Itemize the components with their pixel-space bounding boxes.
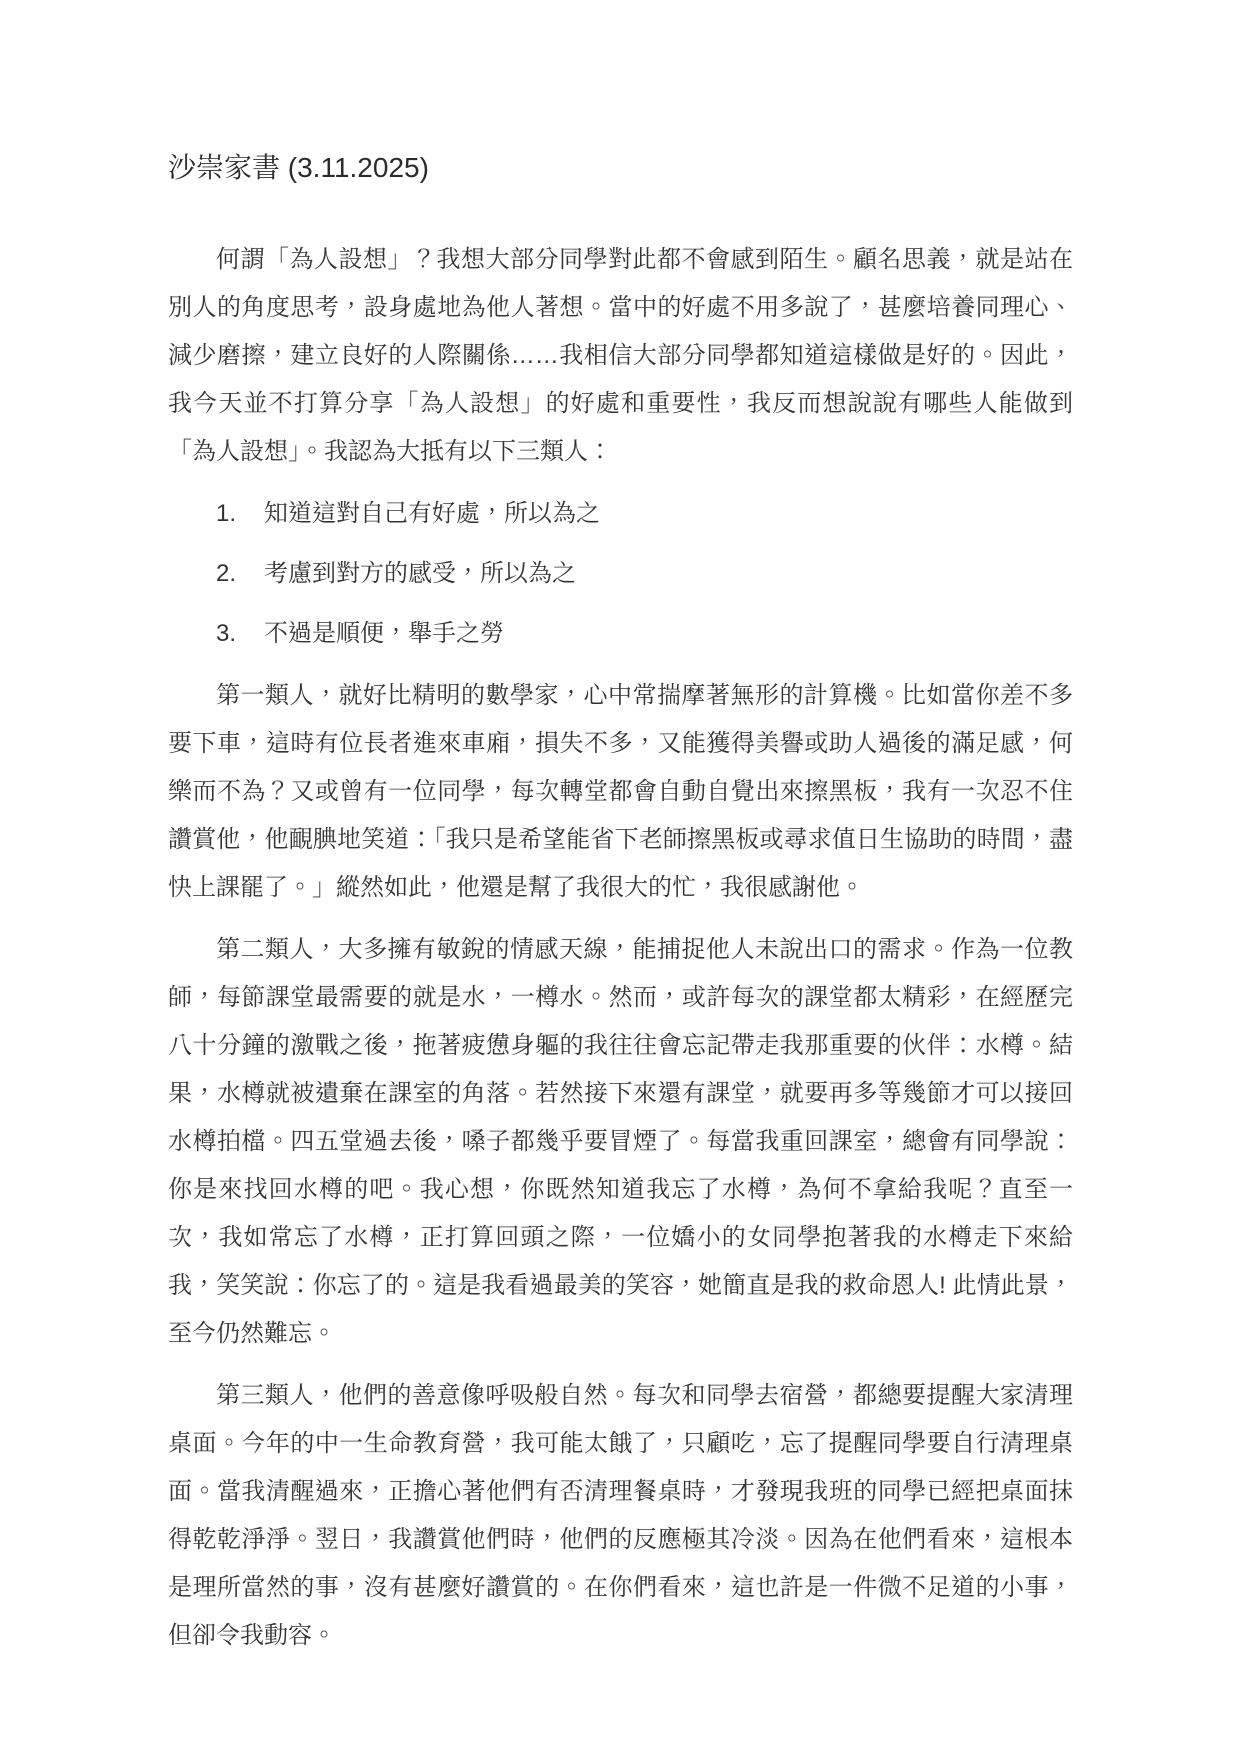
list-item-number: 3.	[216, 610, 264, 658]
list-item-text: 考慮到對方的感受，所以為之	[264, 550, 1073, 598]
numbered-list: 1. 知道這對自己有好處，所以為之 2. 考慮到對方的感受，所以為之 3. 不過…	[168, 490, 1073, 658]
list-item-number: 1.	[216, 490, 264, 538]
paragraph-intro: 何謂「為人設想」？我想大部分同學對此都不會感到陌生。顧名思義，就是站在別人的角度…	[168, 236, 1073, 476]
paragraph-type-two: 第二類人，大多擁有敏銳的情感天線，能捕捉他人未說出口的需求。作為一位教師，每節課…	[168, 926, 1073, 1358]
document-title: 沙崇家書 (3.11.2025)	[168, 150, 1073, 186]
list-item: 1. 知道這對自己有好處，所以為之	[216, 490, 1073, 538]
list-item-text: 不過是順便，舉手之勞	[264, 610, 1073, 658]
paragraph-type-three: 第三類人，他們的善意像呼吸般自然。每次和同學去宿營，都總要提醒大家清理桌面。今年…	[168, 1372, 1073, 1660]
list-item-text: 知道這對自己有好處，所以為之	[264, 490, 1073, 538]
list-item-number: 2.	[216, 550, 264, 598]
document-page: 沙崇家書 (3.11.2025) 何謂「為人設想」？我想大部分同學對此都不會感到…	[0, 0, 1241, 1755]
list-item: 3. 不過是順便，舉手之勞	[216, 610, 1073, 658]
paragraph-type-one: 第一類人，就好比精明的數學家，心中常揣摩著無形的計算機。比如當你差不多要下車，這…	[168, 672, 1073, 912]
list-item: 2. 考慮到對方的感受，所以為之	[216, 550, 1073, 598]
